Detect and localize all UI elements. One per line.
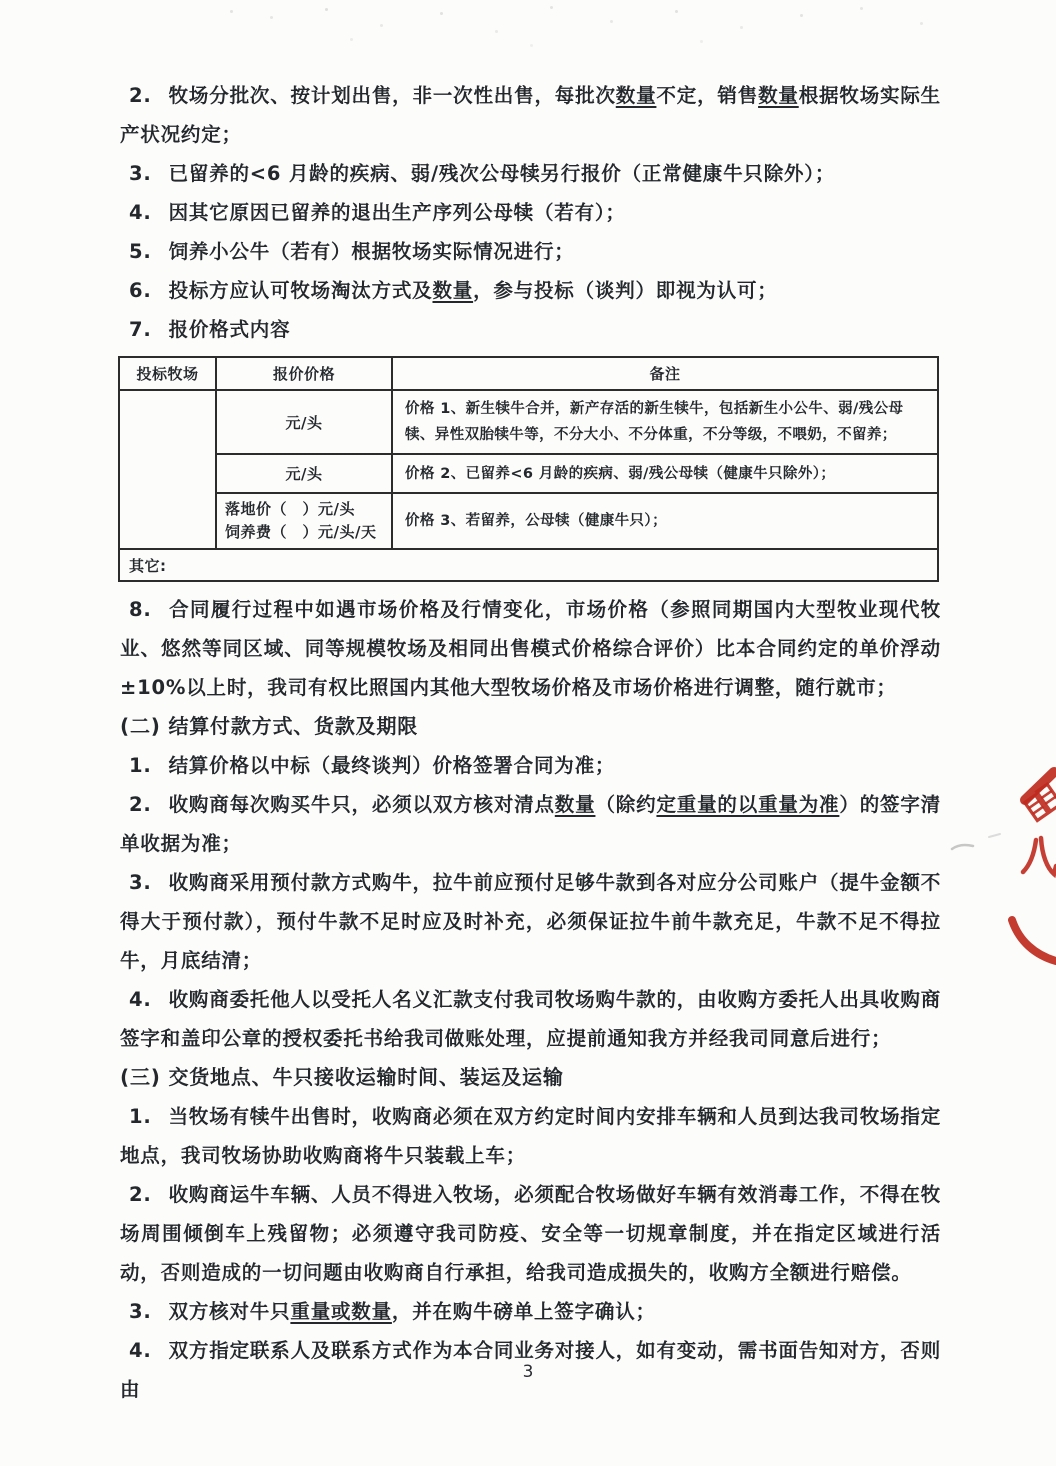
price-cell: 元/头 <box>216 390 392 454</box>
clause-text: 已留养的<6 月龄的疾病、弱/残次公母犊另行报价（正常健康牛只除外）； <box>169 162 836 185</box>
clause-number: 5. <box>129 240 152 263</box>
price-cell-two-line: 落地价（ ）元/头 饲养费（ ）元/头/天 <box>216 493 392 549</box>
clause-text: 合同履行过程中如遇市场价格及行情变化，市场价格（参照同期国内大型牧业现代牧业、悠… <box>120 598 941 699</box>
note-cell: 价格 1、新生犊牛合并，新产存活的新生犊牛，包括新生小公牛、弱/残公母犊、异性双… <box>392 390 938 454</box>
clause-top-7: 7.报价格式内容 <box>120 310 941 349</box>
clause-number: 8. <box>129 598 152 621</box>
underlined-term: 定重量的以重量为准 <box>656 793 839 816</box>
clause-text: 收购商每次购买牛只，必须以双方核对清点 <box>169 793 555 816</box>
underlined-term: 数量 <box>432 279 473 302</box>
section-2-heading: (二) 结算付款方式、货款及期限 <box>120 707 941 746</box>
clause-text: 双方核对牛只 <box>169 1300 291 1323</box>
clause-s2-1: 1.结算价格以中标（最终谈判）价格签署合同为准； <box>120 746 941 785</box>
note-cell: 价格 3、若留养，公母犊（健康牛只）； <box>392 493 938 549</box>
clause-text: 饲养小公牛（若有）根据牧场实际情况进行； <box>169 240 575 263</box>
clause-text: 当牧场有犊牛出售时，收购商必须在双方约定时间内安排车辆和人员到达我司牧场指定地点… <box>120 1105 941 1167</box>
table-row: 落地价（ ）元/头 饲养费（ ）元/头/天 价格 3、若留养，公母犊（健康牛只）… <box>119 493 938 549</box>
clause-number: 7. <box>129 318 152 341</box>
underlined-term: 重量或数量 <box>290 1300 392 1323</box>
clause-number: 6. <box>129 279 152 302</box>
scan-noise <box>230 10 233 13</box>
farm-cell-empty <box>119 390 216 549</box>
clause-number: 3. <box>129 871 152 894</box>
table-row: 元/头 价格 2、已留养<6 月龄的疾病、弱/残公母犊（健康牛只除外）； <box>119 454 938 493</box>
clause-text: ，并在购牛磅单上签字确认； <box>392 1300 656 1323</box>
price-quote-table: 投标牧场 报价价格 备注 元/头 价格 1、新生犊牛合并，新产存活的新生犊牛，包… <box>118 356 939 582</box>
clause-number: 2. <box>129 793 152 816</box>
clause-number: 2. <box>129 1183 152 1206</box>
clause-s3-3: 3.双方核对牛只重量或数量，并在购牛磅单上签字确认； <box>120 1292 941 1331</box>
red-seal-partial-icon <box>946 742 1056 1004</box>
scanned-document-page: 2.牧场分批次、按计划出售，非一次性出售，每批次数量不定，销售数量根据牧场实际生… <box>0 0 1056 1466</box>
clause-text: 投标方应认可牧场淘汰方式及 <box>169 279 433 302</box>
page-number: 3 <box>0 1362 1056 1382</box>
col-header-quote-price: 报价价格 <box>216 357 392 390</box>
col-header-remarks: 备注 <box>392 357 938 390</box>
clause-top-5: 5.饲养小公牛（若有）根据牧场实际情况进行； <box>120 232 941 271</box>
clause-s2-4: 4.收购商委托他人以受托人名义汇款支付我司牧场购牛款的，由收购方委托人出具收购商… <box>120 980 941 1058</box>
clause-top-3: 3.已留养的<6 月龄的疾病、弱/残次公母犊另行报价（正常健康牛只除外）； <box>120 154 941 193</box>
clause-top-2: 2.牧场分批次、按计划出售，非一次性出售，每批次数量不定，销售数量根据牧场实际生… <box>120 76 941 154</box>
underlined-term: 数量 <box>555 793 596 816</box>
clause-text: 报价格式内容 <box>169 318 291 341</box>
landed-price-line: 落地价（ ）元/头 <box>225 498 387 521</box>
clause-number: 2. <box>129 84 152 107</box>
note-cell: 价格 2、已留养<6 月龄的疾病、弱/残公母犊（健康牛只除外）； <box>392 454 938 493</box>
clause-text: 结算价格以中标（最终谈判）价格签署合同为准； <box>169 754 616 777</box>
table-footer-row: 其它: <box>119 549 938 581</box>
clause-s3-1: 1.当牧场有犊牛出售时，收购商必须在双方约定时间内安排车辆和人员到达我司牧场指定… <box>120 1097 941 1175</box>
other-cell: 其它: <box>119 549 938 581</box>
clause-number: 1. <box>129 1105 152 1128</box>
clause-s3-2: 2.收购商运牛车辆、人员不得进入牧场，必须配合牧场做好车辆有效消毒工作，不得在牧… <box>120 1175 941 1292</box>
clause-text: 因其它原因已留养的退出生产序列公母犊（若有）； <box>169 201 626 224</box>
clause-text: 收购商委托他人以受托人名义汇款支付我司牧场购牛款的，由收购方委托人出具收购商签字… <box>120 988 941 1050</box>
clause-number: 3. <box>129 162 152 185</box>
clause-top-8: 8.合同履行过程中如遇市场价格及行情变化，市场价格（参照同期国内大型牧业现代牧业… <box>120 590 941 707</box>
clause-text: 牧场分批次、按计划出售，非一次性出售，每批次 <box>169 84 616 107</box>
clause-number: 4. <box>129 201 152 224</box>
clause-text: 不定，销售 <box>656 84 758 107</box>
underlined-term: 数量 <box>616 84 657 107</box>
clause-s2-3: 3.收购商采用预付款方式购牛，拉牛前应预付足够牛款到各对应分公司账户（提牛金额不… <box>120 863 941 980</box>
clause-number: 4. <box>129 988 152 1011</box>
clause-s2-2: 2.收购商每次购买牛只，必须以双方核对清点数量（除约定重量的以重量为准）的签字清… <box>120 785 941 863</box>
clause-number: 3. <box>129 1300 152 1323</box>
table-header-row: 投标牧场 报价价格 备注 <box>119 357 938 390</box>
table-row: 元/头 价格 1、新生犊牛合并，新产存活的新生犊牛，包括新生小公牛、弱/残公母犊… <box>119 390 938 454</box>
clause-text: 收购商采用预付款方式购牛，拉牛前应预付足够牛款到各对应分公司账户（提牛金额不得大… <box>120 871 941 972</box>
clause-number: 4. <box>129 1339 152 1362</box>
col-header-bid-farm: 投标牧场 <box>119 357 216 390</box>
clause-text: （除约 <box>595 793 656 816</box>
price-cell: 元/头 <box>216 454 392 493</box>
feeding-fee-line: 饲养费（ ）元/头/天 <box>225 521 387 544</box>
document-body: 2.牧场分批次、按计划出售，非一次性出售，每批次数量不定，销售数量根据牧场实际生… <box>120 76 941 1409</box>
clause-text: ，参与投标（谈判）即视为认可； <box>473 279 778 302</box>
clause-number: 1. <box>129 754 152 777</box>
clause-text: 收购商运牛车辆、人员不得进入牧场，必须配合牧场做好车辆有效消毒工作，不得在牧场周… <box>120 1183 941 1284</box>
clause-top-4: 4.因其它原因已留养的退出生产序列公母犊（若有）； <box>120 193 941 232</box>
underlined-term: 数量 <box>758 84 799 107</box>
section-3-heading: (三) 交货地点、牛只接收运输时间、装运及运输 <box>120 1058 941 1097</box>
clause-top-6: 6.投标方应认可牧场淘汰方式及数量，参与投标（谈判）即视为认可； <box>120 271 941 310</box>
